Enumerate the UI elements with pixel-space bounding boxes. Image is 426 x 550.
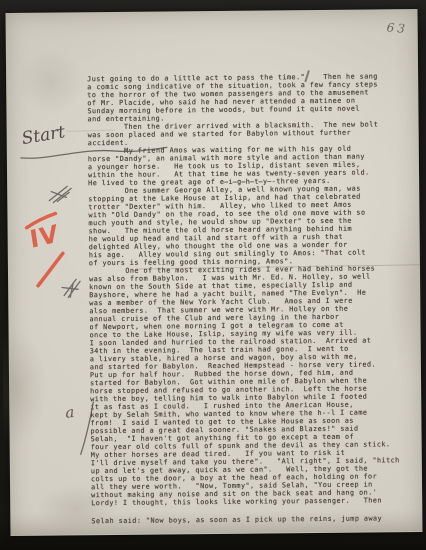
pencil-scribble-icon bbox=[58, 275, 84, 301]
page-number: 63 bbox=[386, 20, 408, 36]
typescript-page: 63 Just going to do a little act to pass… bbox=[5, 9, 422, 536]
pencil-scribble-icon bbox=[45, 182, 77, 206]
margin-slash-stroke bbox=[71, 398, 98, 458]
start-underline-stroke bbox=[19, 141, 171, 162]
typed-body-text: Just going to do a little act to pass th… bbox=[87, 72, 400, 507]
photographed-typescript-scan: 63 Just going to do a little act to pass… bbox=[0, 0, 426, 550]
paper-stain bbox=[18, 48, 85, 115]
typed-closing-line: Selah said: "Now boys, as soon as I pick… bbox=[91, 514, 382, 525]
paper-stain bbox=[3, 328, 48, 448]
